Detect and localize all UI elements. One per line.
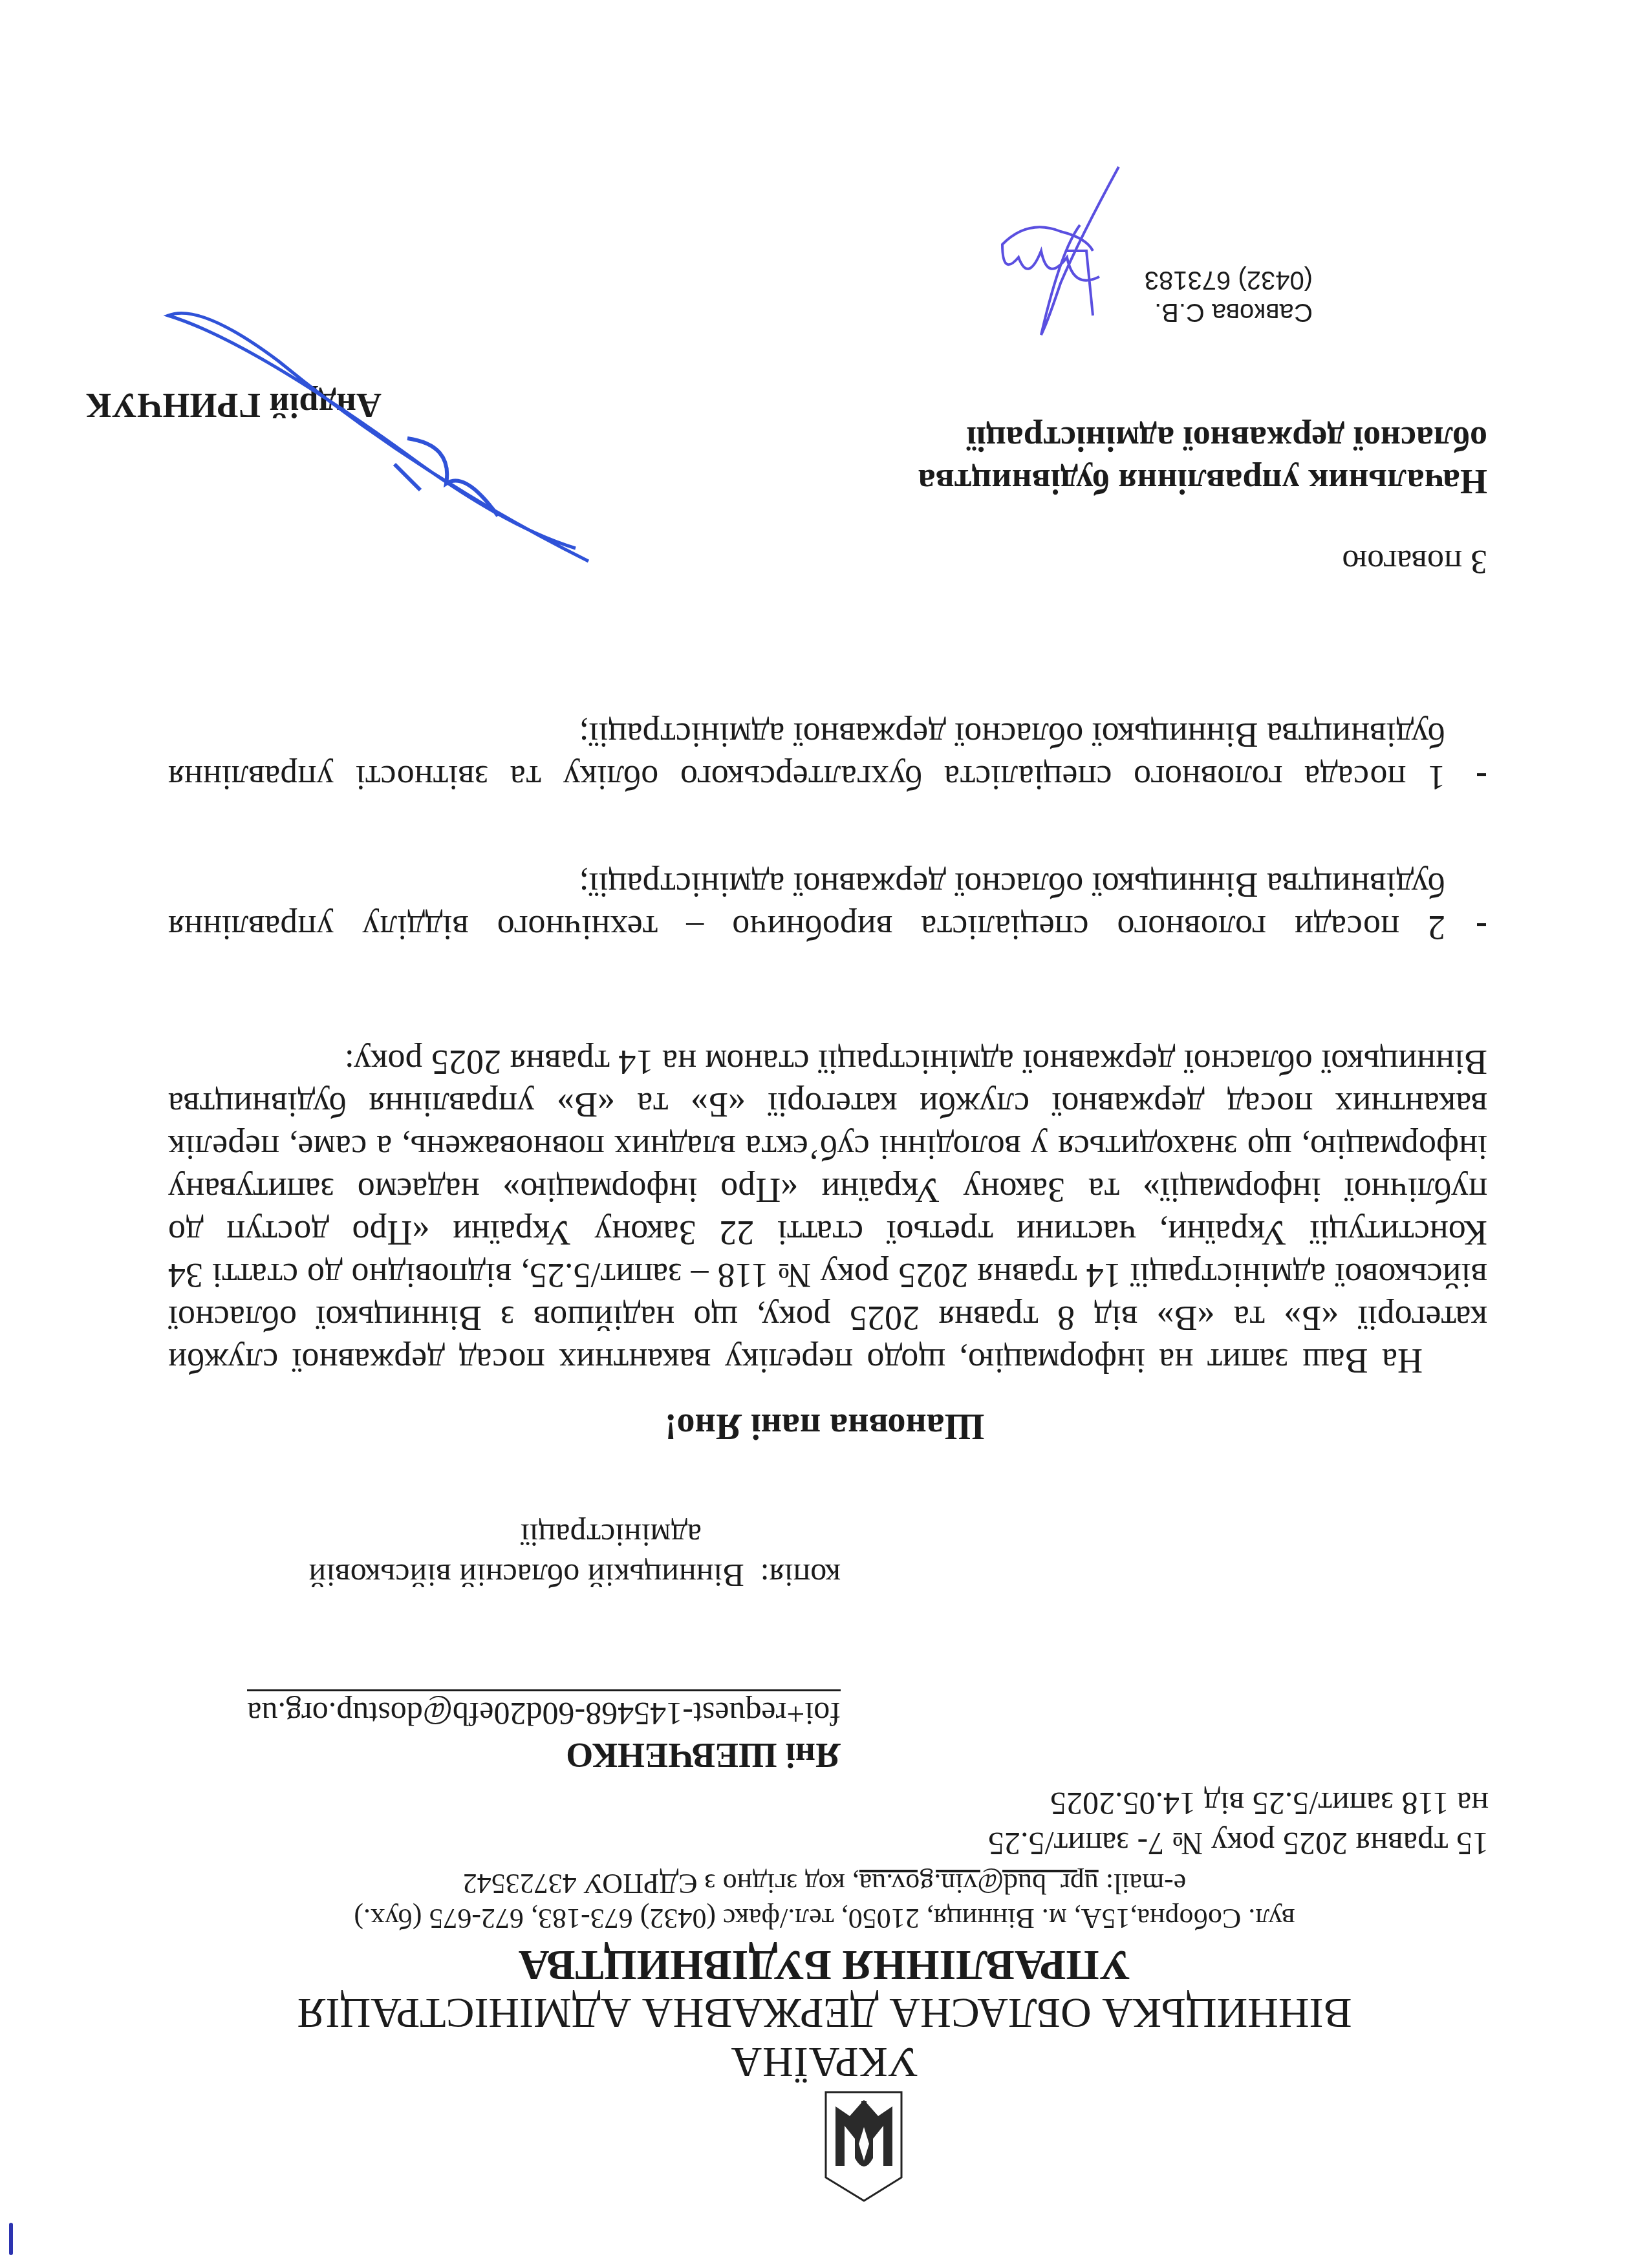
vacancy-item: -2 посади головного спеціаліста виробнич… (168, 864, 1487, 949)
vacancy-list: -2 посади головного спеціаліста виробнич… (168, 649, 1487, 949)
executor-signature-icon (964, 160, 1158, 354)
list-bullet: - (1476, 756, 1487, 799)
vacancy-item: -1 посада головного спеціаліста бухгалте… (168, 714, 1487, 799)
edrpou-code: , код згідно з ЄДРПОУ 43723542 (463, 1868, 859, 1899)
executor-contact: Савкова С.В. (0432) 673183 (1145, 264, 1313, 328)
closing-phrase: З повагою (1342, 542, 1487, 581)
email-label: e-mail: (1099, 1868, 1187, 1899)
signatory-title-line2: обласної державної адміністрації (918, 418, 1487, 460)
addressee-block: Яні ШЕВЧЕНКО foi+request-145468-60d20efb… (129, 1689, 841, 1777)
department-name: УПРАВЛІННЯ БУДІВНИЦТВА (0, 1941, 1649, 1989)
vacancy-text: 1 посада головного спеціаліста бухгалтер… (168, 716, 1445, 797)
addressee-name: Яні ШЕВЧЕНКО (129, 1734, 841, 1777)
handwritten-signature-icon (162, 303, 614, 574)
authority-name: ВІННИЦЬКА ОБЛАСНА ДЕРЖАВНА АДМІНІСТРАЦІЯ (0, 1989, 1649, 2037)
copy-label: копія: (760, 1557, 841, 1594)
vacancy-text: 2 посади головного спеціаліста виробничо… (168, 866, 1445, 947)
salutation: Шановна пані Яно! (0, 1406, 1649, 1447)
executor-name: Савкова С.В. (1145, 296, 1313, 328)
department-address: вул. Соборна,15А, м. Вінниця, 21050, тел… (0, 1901, 1649, 1936)
copy-recipient-line1: Вінницькій обласній військовій (308, 1557, 744, 1594)
executor-phone: (0432) 673183 (1145, 264, 1313, 296)
department-contacts: e-mail: upr_bud@vin.gov.ua, код згідно з… (0, 1866, 1649, 1901)
country-name: УКРАЇНА (0, 2037, 1649, 2087)
scanned-letter-page: УКРАЇНА ВІННИЦЬКА ОБЛАСНА ДЕРЖАВНА АДМІН… (0, 0, 1649, 2268)
copy-recipient: копія: Вінницькій обласній військовій ад… (194, 1515, 841, 1596)
copy-recipient-line2: адміністрації (194, 1515, 841, 1556)
signatory-title-line1: Начальник управління будівництва (918, 460, 1487, 503)
department-email-link[interactable]: upr_bud@vin.gov.ua (859, 1868, 1099, 1899)
signatory-title: Начальник управління будівництва обласно… (918, 418, 1487, 503)
letter-body: На Ваш запит на інформацію, щодо перелік… (168, 1041, 1487, 1382)
letterhead: УКРАЇНА ВІННИЦЬКА ОБЛАСНА ДЕРЖАВНА АДМІН… (0, 1866, 1649, 2087)
list-bullet: - (1476, 906, 1487, 949)
addressee-email-link[interactable]: foi+request-145468-60d20efb@dostup.org.u… (247, 1689, 841, 1734)
trident-coat-of-arms-icon (823, 2090, 904, 2203)
outgoing-number: 15 травня 2025 року № 7- запит/5.25 (988, 1824, 1489, 1864)
letter-reference: 15 травня 2025 року № 7- запит/5.25 на 1… (988, 1784, 1489, 1864)
scanner-mark (9, 2223, 13, 2255)
incoming-number: на 118 запит/5.25 від 14.05.2025 (988, 1784, 1489, 1824)
